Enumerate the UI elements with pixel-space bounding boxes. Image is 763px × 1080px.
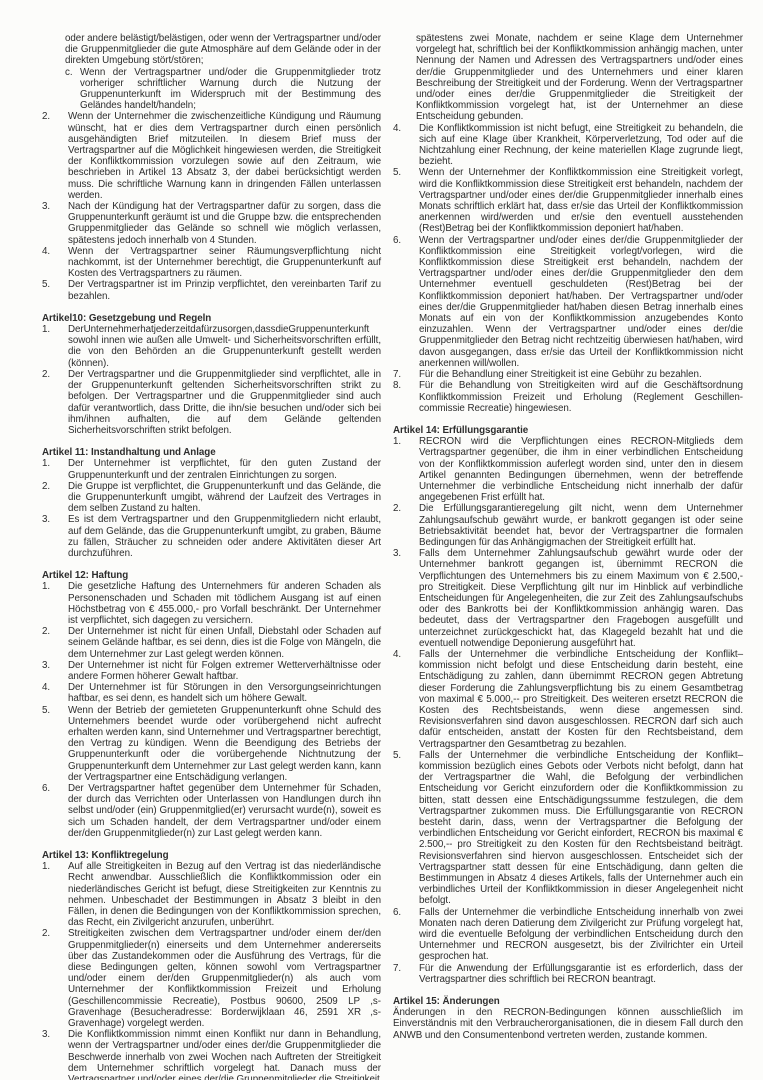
- list-item: 1.DerUnternehmerhatjederzeitdafürzusorge…: [42, 324, 381, 369]
- item-text: Für die Behandlung von Streitigkeiten wi…: [419, 380, 743, 414]
- item-number: 5.: [393, 750, 419, 907]
- item-number: 4.: [393, 649, 419, 750]
- list-item: 4.Falls der Unternehmer die verbindliche…: [393, 649, 743, 750]
- item-text: Die Gruppe ist verpflichtet, die Gruppen…: [68, 481, 381, 515]
- list-item: 1.RECRON wird die Verpflichtungen eines …: [393, 436, 743, 503]
- item-text: Die Konfliktkommission nimmt einen Konfl…: [68, 1029, 381, 1080]
- item-number: 7.: [393, 963, 419, 985]
- item-number: 3.: [42, 201, 68, 246]
- item-text: Für die Behandlung einer Streitigkeit is…: [419, 369, 743, 380]
- item-text: Wenn der Vertragspartner und/oder die Gr…: [80, 67, 381, 112]
- list-item: 2.Streitigkeiten zwischen dem Vertragspa…: [42, 928, 381, 1029]
- item-number: 4.: [393, 123, 419, 168]
- item-text: Wenn der Unternehmer der Konfliktkommiss…: [419, 167, 743, 234]
- document-page: oder andere belästigt/belästigen, oder w…: [0, 0, 763, 1080]
- item-number: 2.: [393, 503, 419, 548]
- list-item: 4.Wenn der Vertragspartner seiner Räumun…: [42, 246, 381, 280]
- item-text: Die gesetzliche Haftung des Unternehmers…: [68, 581, 381, 626]
- list-item: 6.Der Vertragspartner haftet gegenüber d…: [42, 783, 381, 839]
- list-item: 5.Wenn der Betrieb der gemieteten Gruppe…: [42, 705, 381, 783]
- list-item: 3.Falls dem Unternehmer Zahlungsaufschub…: [393, 548, 743, 649]
- item-number: 2.: [42, 626, 68, 660]
- item-number: 8.: [393, 380, 419, 414]
- article-heading: Artikel 12: Haftung: [42, 570, 381, 581]
- list-item: 5.Falls der Unternehmer die verbindliche…: [393, 750, 743, 907]
- item-text: Streitigkeiten zwischen dem Vertragspart…: [68, 928, 381, 1029]
- item-text: Wenn der Unternehmer die zwischenzeitlic…: [68, 111, 381, 201]
- article-heading: Artikel10: Gesetzgebung und Regeln: [42, 313, 381, 324]
- list-item: 3.Es ist dem Vertragspartner und den Gru…: [42, 514, 381, 559]
- list-item: 3.Nach der Kündigung hat der Vertragspar…: [42, 201, 381, 246]
- column-left: oder andere belästigt/belästigen, oder w…: [42, 33, 381, 1080]
- item-number: 3.: [42, 660, 68, 682]
- list-item: 3.Der Unternehmer ist nicht für Folgen e…: [42, 660, 381, 682]
- list-item: 7.Für die Behandlung einer Streitigkeit …: [393, 369, 743, 380]
- item-number: 6.: [42, 783, 68, 839]
- item-number: 1.: [393, 436, 419, 503]
- item-text: Der Unternehmer ist verpflichtet, für de…: [68, 458, 381, 480]
- list-item: 8.Für die Behandlung von Streitigkeiten …: [393, 380, 743, 414]
- item-number: 1.: [42, 861, 68, 928]
- list-item: 1.Die gesetzliche Haftung des Unternehme…: [42, 581, 381, 626]
- list-item: 2.Der Vertragspartner und die Gruppenmit…: [42, 369, 381, 436]
- item-text: Die Konfliktkommission ist nicht befugt,…: [419, 123, 743, 168]
- list-item: 1.Auf alle Streitigkeiten in Bezug auf d…: [42, 861, 381, 928]
- item-text: DerUnternehmerhatjederzeitdafürzusorgen,…: [68, 324, 381, 369]
- item-number: 6.: [393, 235, 419, 369]
- item-text: Der Unternehmer ist nicht für einen Unfa…: [68, 626, 381, 660]
- list-item: 1.Der Unternehmer ist verpflichtet, für …: [42, 458, 381, 480]
- column-right: spätestens zwei Monate, nachdem er seine…: [393, 33, 743, 1041]
- item-text: Für die Anwendung der Erfüllungsgarantie…: [419, 963, 743, 985]
- list-item: 4.Die Konfliktkommission ist nicht befug…: [393, 123, 743, 168]
- item-text: Die Erfüllungsgarantieregelung gilt nich…: [419, 503, 743, 548]
- item-number: 6.: [393, 907, 419, 963]
- continuation-text: oder andere belästigt/belästigen, oder w…: [65, 33, 381, 67]
- item-text: Der Unternehmer ist nicht für Folgen ext…: [68, 660, 381, 682]
- list-item: 3.Die Konfliktkommission nimmt einen Kon…: [42, 1029, 381, 1080]
- item-text: Falls der Unternehmer die verbindliche E…: [419, 649, 743, 750]
- item-text: Falls der Unternehmer die verbindliche E…: [419, 907, 743, 963]
- item-text: Es ist dem Vertragspartner und den Grupp…: [68, 514, 381, 559]
- item-number: 1.: [42, 458, 68, 480]
- item-text: Nach der Kündigung hat der Vertragspartn…: [68, 201, 381, 246]
- item-number: 4.: [42, 246, 68, 280]
- continuation-text: spätestens zwei Monate, nachdem er seine…: [416, 33, 743, 123]
- list-item: 7.Für die Anwendung der Erfüllungsgarant…: [393, 963, 743, 985]
- article-heading: Artikel 14: Erfüllungsgarantie: [393, 425, 743, 436]
- list-item: 6.Wenn der Vertragspartner und/oder eine…: [393, 235, 743, 369]
- item-number: 5.: [393, 167, 419, 234]
- item-text: Der Vertragspartner ist im Prinzip verpf…: [68, 279, 381, 301]
- item-text: Falls dem Unternehmer Zahlungsaufschub g…: [419, 548, 743, 649]
- list-item: 2.Die Erfüllungsgarantieregelung gilt ni…: [393, 503, 743, 548]
- item-number: 5.: [42, 705, 68, 783]
- item-number: 1.: [42, 581, 68, 626]
- item-number: 2.: [42, 481, 68, 515]
- item-number: 2.: [42, 369, 68, 436]
- item-text: Der Unternehmer ist für Störungen in den…: [68, 682, 381, 704]
- item-text: Falls der Unternehmer die verbindliche E…: [419, 750, 743, 907]
- item-number: 4.: [42, 682, 68, 704]
- list-item: 5.Wenn der Unternehmer der Konfliktkommi…: [393, 167, 743, 234]
- article-heading: Artikel 11: Instandhaltung und Anlage: [42, 447, 381, 458]
- item-number: 2.: [42, 111, 68, 201]
- article-heading: Artikel 13: Konfliktregelung: [42, 850, 381, 861]
- item-number: 3.: [42, 1029, 68, 1080]
- item-number: 7.: [393, 369, 419, 380]
- item-text: Der Vertragspartner haftet gegenüber dem…: [68, 783, 381, 839]
- item-number: 5.: [42, 279, 68, 301]
- item-number: 2.: [42, 928, 68, 1029]
- item-number: c.: [65, 67, 80, 112]
- list-item: 4.Der Unternehmer ist für Störungen in d…: [42, 682, 381, 704]
- article-heading: Artikel 15: Änderungen: [393, 996, 743, 1007]
- item-text: Der Vertragspartner und die Gruppenmitgl…: [68, 369, 381, 436]
- list-item: 2.Der Unternehmer ist nicht für einen Un…: [42, 626, 381, 660]
- paragraph: Änderungen in den RECRON-Bedingungen kön…: [393, 1007, 743, 1041]
- item-text: RECRON wird die Verpflichtungen eines RE…: [419, 436, 743, 503]
- list-item: 5.Der Vertragspartner ist im Prinzip ver…: [42, 279, 381, 301]
- list-item: c.Wenn der Vertragspartner und/oder die …: [65, 67, 381, 112]
- item-text: Wenn der Betrieb der gemieteten Gruppenu…: [68, 705, 381, 783]
- item-text: Auf alle Streitigkeiten in Bezug auf den…: [68, 861, 381, 928]
- item-text: Wenn der Vertragspartner seiner Räumungs…: [68, 246, 381, 280]
- list-item: 6.Falls der Unternehmer die verbindliche…: [393, 907, 743, 963]
- item-number: 3.: [42, 514, 68, 559]
- item-text: Wenn der Vertragspartner und/oder eines …: [419, 235, 743, 369]
- item-number: 3.: [393, 548, 419, 649]
- item-number: 1.: [42, 324, 68, 369]
- list-item: 2.Wenn der Unternehmer die zwischenzeitl…: [42, 111, 381, 201]
- list-item: 2.Die Gruppe ist verpflichtet, die Grupp…: [42, 481, 381, 515]
